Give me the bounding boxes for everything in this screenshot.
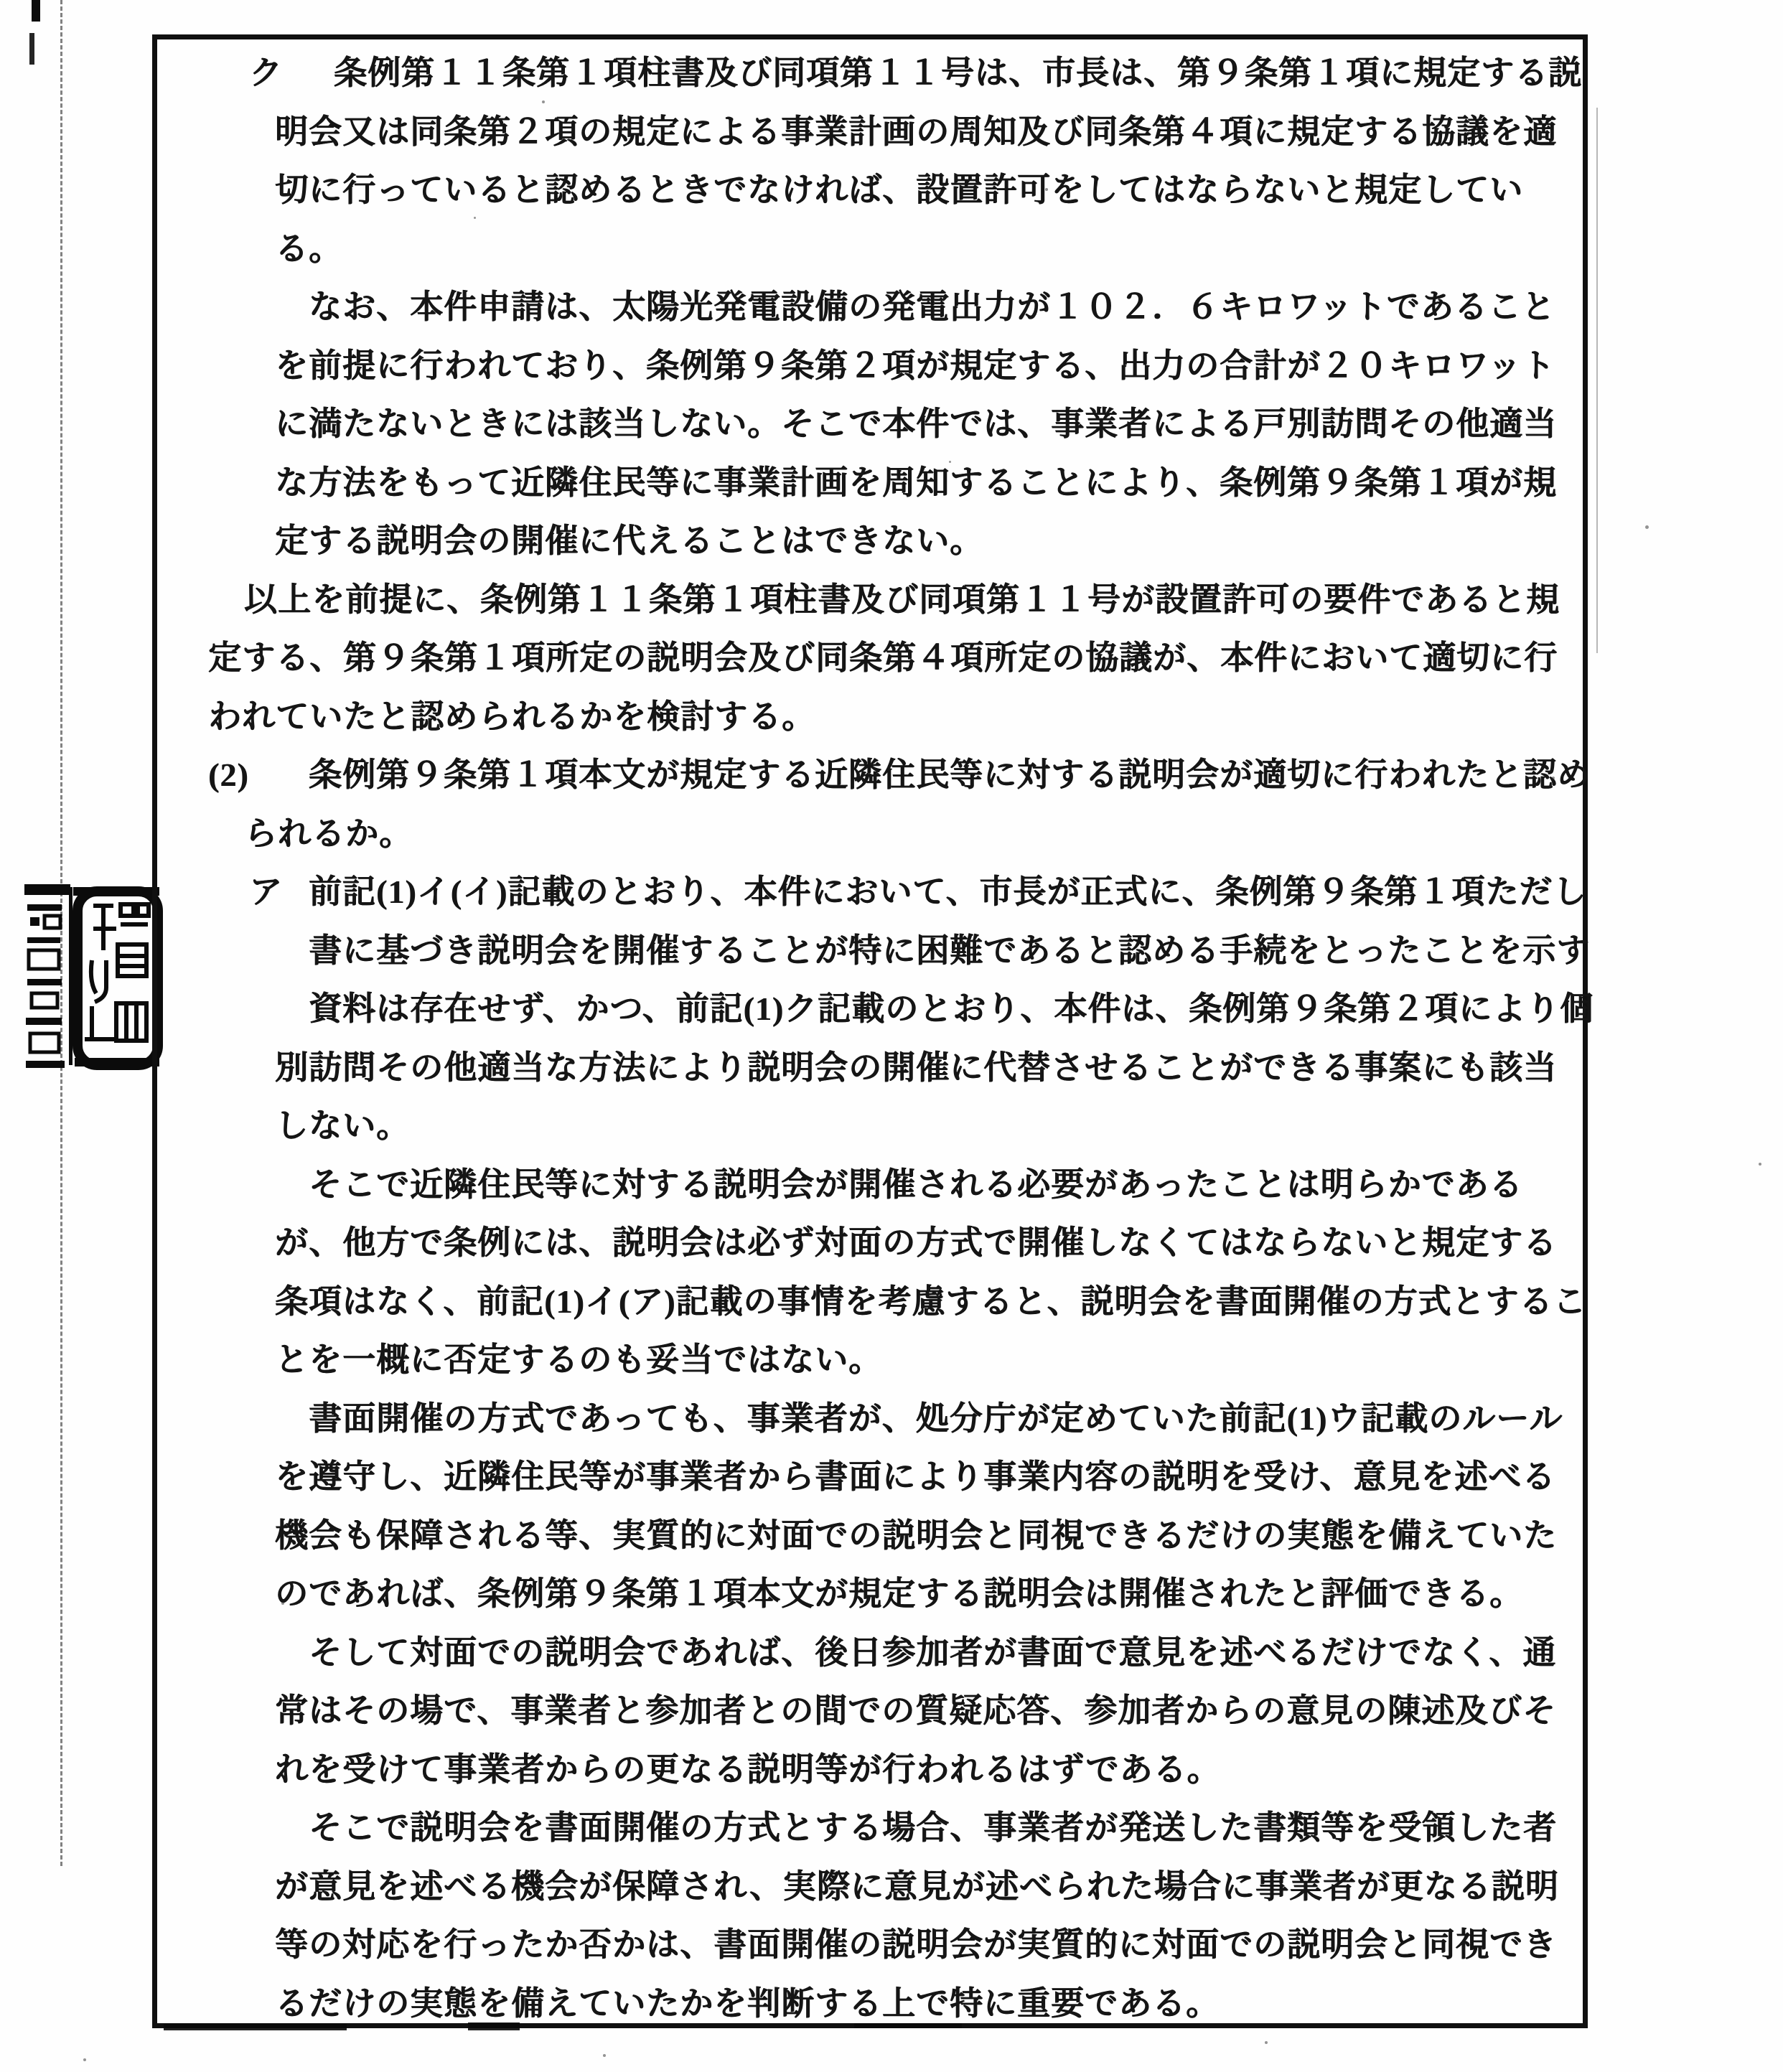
text-line: 切に行っていると認めるときでなければ、設置許可をしてはならないと規定してい	[275, 169, 1523, 211]
line-marker: (2)	[208, 754, 249, 796]
text-line: 以上を前提に、条例第１１条第１項柱書及び同項第１１号が設置許可の要件であると規	[244, 579, 1560, 621]
text-line: 定する説明会の開催に代えることはできない。	[275, 520, 983, 562]
text-line: 明会又は同条第２項の規定による事業計画の周知及び同条第４項に規定する協議を適	[275, 111, 1557, 153]
text-line: 条例第１１条第１項柱書及び同項第１１号は、市長は、第９条第１項に規定する説	[334, 52, 1582, 94]
scan-speck	[281, 1602, 284, 1605]
text-line: しない。	[275, 1105, 410, 1147]
text-line: 条項はなく、前記(1)イ(ア)記載の事情を考慮すると、説明会を書面開催の方式とす…	[275, 1281, 1586, 1323]
ink-seal-stamp	[20, 870, 168, 1089]
text-line: そこで近隣住民等に対する説明会が開催される必要があったことは明らかである	[309, 1164, 1523, 1206]
text-line: な方法をもって近隣住民等に事業計画を周知することにより、条例第９条第１項が規	[275, 462, 1557, 504]
text-line: を遵守し、近隣住民等が事業者から書面により事業内容の説明を受け、意見を述べる	[275, 1456, 1555, 1498]
text-line: そして対面での説明会であれば、後日参加者が書面で意見を述べるだけでなく、通	[309, 1632, 1556, 1674]
text-line: る。	[275, 228, 342, 270]
text-line: なお、本件申請は、太陽光発電設備の発電出力が１０２．６キロワットであること	[309, 286, 1555, 328]
scan-artifact-line	[1596, 108, 1598, 653]
text-line: 書に基づき説明会を開催することが特に困難であると認める手続をとったことを示す	[309, 930, 1590, 972]
line-marker: ア	[249, 871, 283, 913]
text-line: 別訪問その他適当な方法により説明会の開催に代替させることができる事案にも該当	[275, 1047, 1557, 1089]
text-line: 常はその場で、事業者と参加者との間での質疑応答、参加者からの意見の陳述及びそ	[275, 1690, 1556, 1732]
scan-speck	[1759, 1163, 1761, 1166]
scan-speck	[1045, 188, 1048, 191]
text-line: を前提に行われており、条例第９条第２項が規定する、出力の合計が２０キロワット	[275, 345, 1555, 387]
text-line: に満たないときには該当しない。そこで本件では、事業者による戸別訪問その他適当	[275, 403, 1557, 445]
text-line: が、他方で条例には、説明会は必ず対面の方式で開催しなくてはならないと規定する	[275, 1222, 1557, 1264]
text-line: 書面開催の方式であっても、事業者が、処分庁が定めていた前記(1)ウ記載のルール	[309, 1398, 1563, 1440]
ink-blotch	[854, 2023, 962, 2028]
ink-blotch	[468, 2022, 520, 2030]
text-line: 定する、第９条第１項所定の説明会及び同条第４項所定の協議が、本件において適切に行	[208, 637, 1558, 679]
scan-speck	[949, 461, 951, 463]
scan-speck	[542, 100, 545, 103]
scan-speck	[474, 217, 476, 219]
line-marker: ク	[249, 52, 283, 94]
scan-speck	[83, 2058, 86, 2061]
scan-speck	[1645, 525, 1649, 529]
text-line: そこで説明会を書面開催の方式とする場合、事業者が発送した書類等を受領した者	[309, 1807, 1557, 1849]
text-line: とを一概に否定するのも妥当ではない。	[275, 1339, 882, 1381]
text-line: られるか。	[244, 813, 413, 855]
text-line: 等の対応を行ったか否かは、書面開催の説明会が実質的に対面での説明会と同視でき	[275, 1924, 1557, 1966]
text-line: 前記(1)イ(イ)記載のとおり、本件において、市長が正式に、条例第９条第１項ただ…	[309, 871, 1586, 913]
scan-speck	[1552, 777, 1555, 779]
edge-mark	[32, 0, 40, 22]
text-line: われていたと認められるかを検討する。	[208, 696, 815, 738]
text-line: が意見を述べる機会が保障され、実際に意見が述べられた場合に事業者が更なる説明	[275, 1866, 1559, 1908]
text-line: のであれば、条例第９条第１項本文が規定する説明会は開催されたと評価できる。	[275, 1573, 1523, 1615]
text-line: れを受けて事業者からの更なる説明等が行われるはずである。	[275, 1749, 1220, 1791]
scan-speck	[1265, 2041, 1268, 2044]
text-line: 資料は存在せず、かつ、前記(1)ク記載のとおり、本件は、条例第９条第２項により個	[309, 988, 1594, 1030]
edge-mark	[29, 33, 34, 65]
text-line: るだけの実態を備えていたかを判断する上で特に重要である。	[275, 1983, 1220, 2025]
ink-blotch	[164, 2024, 347, 2030]
text-line: 機会も保障される等、実質的に対面での説明会と同視できるだけの実態を備えていた	[275, 1515, 1557, 1557]
scanned-page: ク条例第１１条第１項柱書及び同項第１１号は、市長は、第９条第１項に規定する説明会…	[0, 0, 1783, 2072]
text-line: 条例第９条第１項本文が規定する近隣住民等に対する説明会が適切に行われたと認め	[309, 754, 1591, 796]
scan-speck	[603, 2054, 606, 2057]
